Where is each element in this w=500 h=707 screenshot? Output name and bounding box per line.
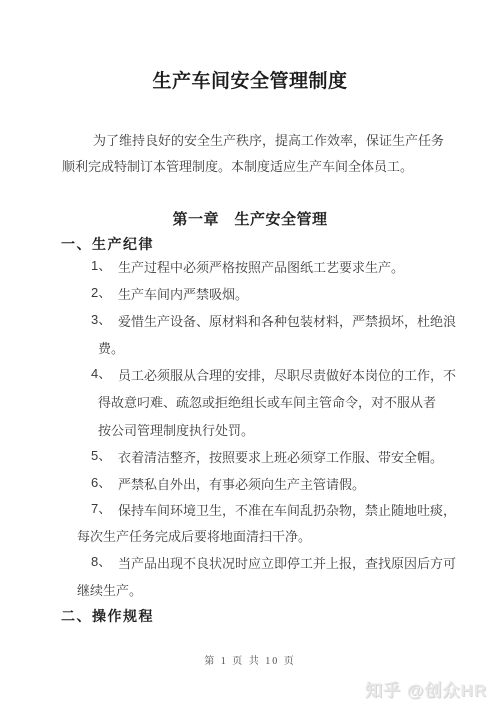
- list-item-4-wrap-2: 按公司管理制度执行处罚。: [98, 423, 254, 439]
- list-item-3-text: 爱惜生产设备、原材料和各种包装材料，严禁损坏，杜绝浪: [118, 314, 456, 329]
- list-item-6: 6、严禁私自外出，有事必须向生产主管请假。: [91, 477, 365, 493]
- list-item-5: 5、衣着清洁整齐，按照要求上班必须穿工作服、带安全帽。: [91, 450, 443, 466]
- list-item-1: 1、生产过程中必须严格按照产品图纸工艺要求生产。: [91, 260, 404, 276]
- intro-line-2: 顺利完成特制订本管理制度。本制度适应生产车间全体员工。: [62, 159, 413, 175]
- list-item-1-text: 生产过程中必须严格按照产品图纸工艺要求生产。: [118, 260, 404, 275]
- list-item-7-text: 保持车间环境卫生，不准在车间乱扔杂物，禁止随地吐痰，: [118, 503, 456, 518]
- list-item-8-number: 8、: [91, 554, 118, 570]
- list-item-7: 7、保持车间环境卫生，不准在车间乱扔杂物，禁止随地吐痰，: [91, 503, 456, 519]
- list-item-8-text: 当产品出现不良状况时应立即停工并上报，查找原因后方可: [118, 556, 456, 571]
- list-item-3-number: 3、: [91, 312, 118, 328]
- list-item-2: 2、生产车间内严禁吸烟。: [91, 287, 248, 303]
- list-item-4-text: 员工必须服从合理的安排，尽职尽责做好本岗位的工作，不: [118, 368, 456, 383]
- list-item-7-wrap-1: 每次生产任务完成后要将地面清扫干净。: [77, 529, 311, 545]
- list-item-2-number: 2、: [91, 285, 118, 301]
- list-item-3-wrap-1: 费。: [98, 341, 124, 357]
- list-item-2-text: 生产车间内严禁吸烟。: [118, 287, 248, 302]
- list-item-3: 3、爱惜生产设备、原材料和各种包装材料，严禁损坏，杜绝浪: [91, 314, 456, 330]
- document-page: 生产车间安全管理制度 为了维持良好的安全生产秩序，提高工作效率，保证生产任务 顺…: [0, 0, 500, 707]
- watermark: 知乎 @创众HR: [365, 676, 487, 701]
- intro-line-1: 为了维持良好的安全生产秩序，提高工作效率，保证生产任务: [93, 133, 444, 149]
- list-item-5-number: 5、: [91, 448, 118, 464]
- list-item-6-number: 6、: [91, 475, 118, 491]
- chapter-heading: 第一章 生产安全管理: [0, 208, 500, 229]
- page-footer: 第 1 页 共 10 页: [0, 652, 500, 667]
- doc-title: 生产车间安全管理制度: [0, 66, 500, 93]
- list-item-8-wrap-1: 继续生产。: [77, 583, 142, 599]
- list-item-4-number: 4、: [91, 366, 118, 382]
- section-heading-1: 一、生产纪律: [61, 236, 154, 252]
- page-number-label: 第 1 页 共 10 页: [204, 656, 296, 667]
- list-item-8: 8、当产品出现不良状况时应立即停工并上报，查找原因后方可: [91, 556, 456, 572]
- list-item-1-number: 1、: [91, 258, 118, 274]
- list-item-4: 4、员工必须服从合理的安排，尽职尽责做好本岗位的工作，不: [91, 368, 456, 384]
- list-item-6-text: 严禁私自外出，有事必须向生产主管请假。: [118, 477, 365, 492]
- list-item-7-number: 7、: [91, 501, 118, 517]
- list-item-4-wrap-1: 得故意叼难、疏忽或拒绝组长或车间主管命令，对不服从者: [98, 395, 436, 411]
- section-heading-2: 二、操作规程: [61, 608, 154, 624]
- list-item-5-text: 衣着清洁整齐，按照要求上班必须穿工作服、带安全帽。: [118, 450, 443, 465]
